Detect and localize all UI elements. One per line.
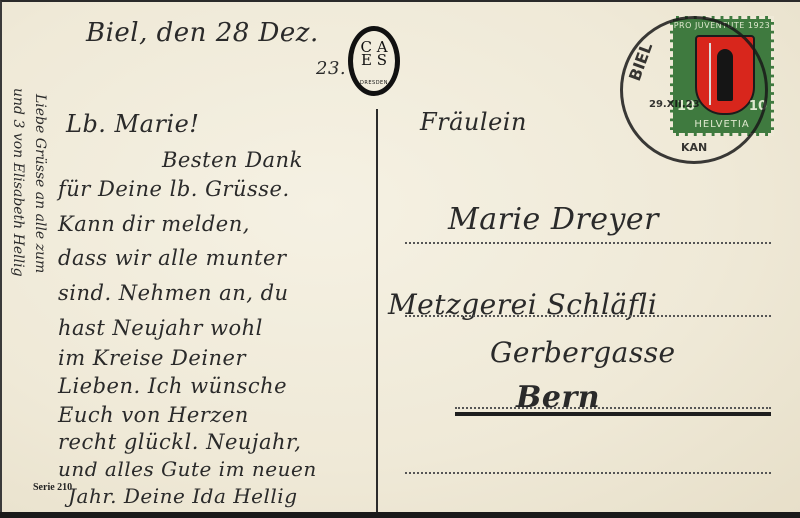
message-line: dass wir alle munter	[58, 246, 287, 270]
message-line: Jahr. Deine Ida Hellig	[68, 484, 298, 508]
message-line: Euch von Herzen	[58, 403, 249, 427]
message-line: hast Neujahr wohl	[58, 316, 263, 340]
address-dotted-line	[455, 407, 771, 409]
message-line: Lieben. Ich wünsche	[58, 374, 287, 398]
address-street: Gerbergasse	[490, 336, 676, 369]
message-line: Besten Dank	[162, 148, 303, 172]
postmark-city: BIEL	[625, 40, 656, 83]
address-city: Bern	[516, 380, 600, 415]
address-dotted-line	[405, 315, 771, 317]
publisher-logo: C A E S DRESDEN	[348, 26, 400, 96]
postmark-circle: BIEL 29.XII.23 KAN	[620, 16, 768, 164]
date-year: 23.	[316, 58, 346, 79]
postcard: Biel, den 28 Dez. 23. C A E S DRESDEN Lb…	[0, 0, 800, 514]
address-name: Marie Dreyer	[448, 202, 659, 237]
address-title: Fräulein	[420, 108, 527, 136]
message-line: für Deine lb. Grüsse.	[58, 177, 290, 201]
center-divider	[376, 109, 378, 513]
salutation: Lb. Marie!	[66, 110, 199, 138]
logo-city: DRESDEN	[353, 80, 395, 86]
place-date: Biel, den 28 Dez.	[86, 18, 319, 48]
logo-monogram: C A E S	[353, 41, 395, 67]
margin-note: und 3 von Elisabeth Hellig	[10, 88, 26, 277]
city-underline	[455, 412, 771, 416]
message-line: im Kreise Deiner	[58, 346, 246, 370]
message-line: Kann dir melden,	[58, 212, 250, 236]
postmark-bottom-text: KAN	[681, 141, 707, 154]
message-line: recht glückl. Neujahr,	[58, 430, 301, 454]
series-label: Serie 210	[33, 482, 72, 493]
scan-bottom-edge	[0, 512, 800, 518]
margin-note: Liebe Grüsse an alle zum	[32, 94, 48, 273]
message-line: sind. Nehmen an, du	[58, 281, 289, 305]
message-line: und alles Gute im neuen	[58, 457, 317, 481]
postmark-date: 29.XII.23	[649, 99, 700, 110]
address-dotted-line	[405, 242, 771, 244]
address-dotted-line	[405, 472, 771, 474]
